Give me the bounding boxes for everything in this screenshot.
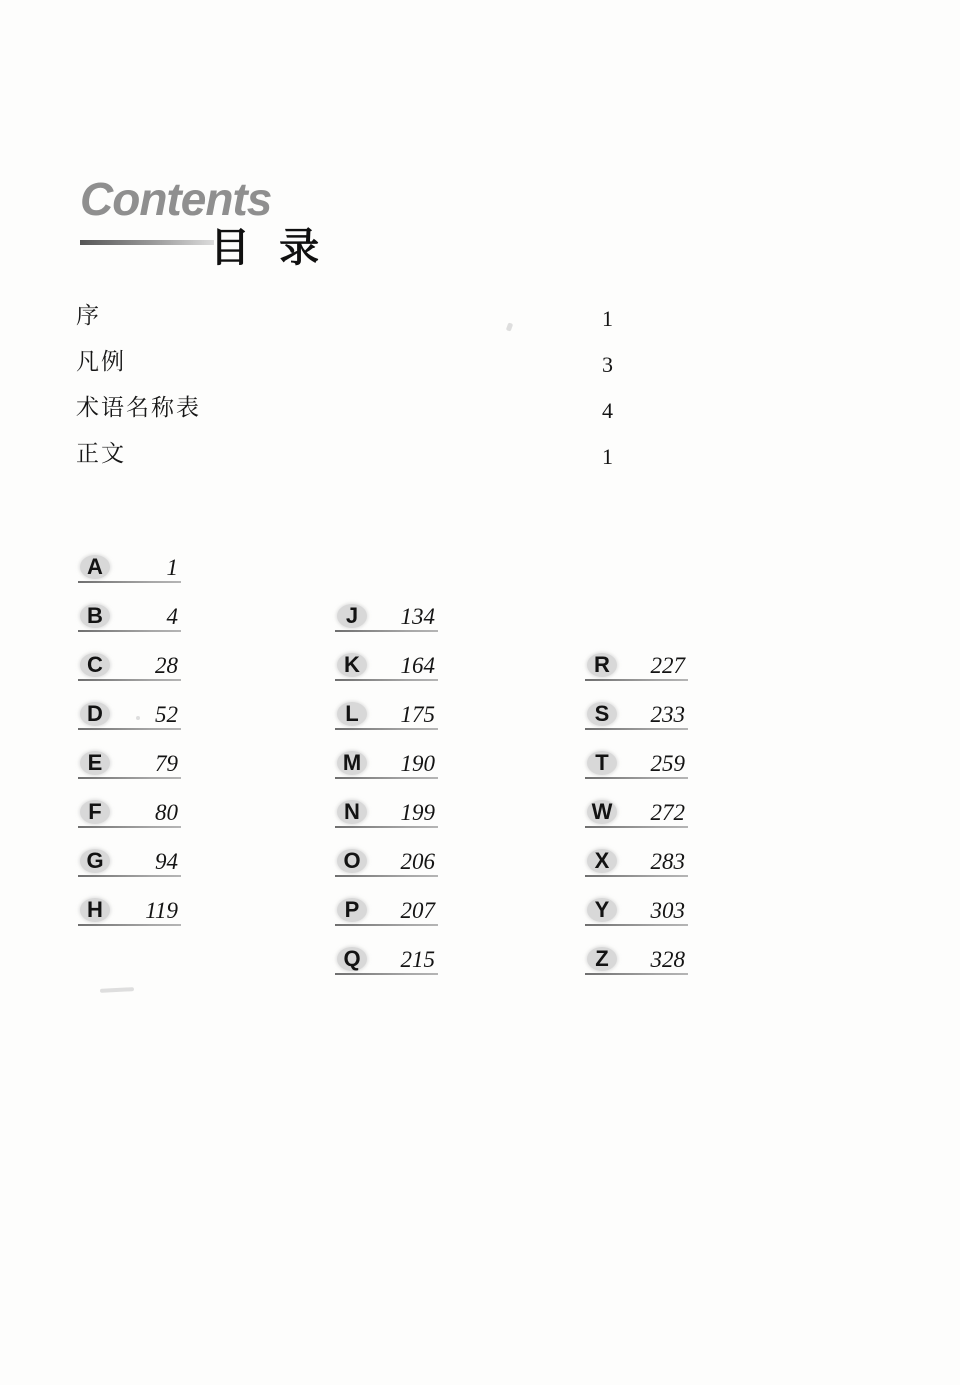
- entry-page-number: 283: [651, 849, 686, 875]
- entry-underline: [78, 777, 181, 779]
- entry-underline: [585, 875, 688, 877]
- entry-underline: [335, 777, 438, 779]
- scan-artifact: [136, 716, 140, 720]
- entry-page-number: 272: [651, 800, 686, 826]
- entry-underline: [78, 728, 181, 730]
- entry-underline: [78, 924, 181, 926]
- letter-badge: S: [587, 702, 617, 726]
- entry-page-number: 328: [651, 947, 686, 973]
- entry-page-number: 4: [167, 604, 179, 630]
- entry-underline: [335, 875, 438, 877]
- entry-underline: [78, 679, 181, 681]
- front-matter-label: 凡例: [76, 343, 126, 376]
- entry-page-number: 134: [401, 604, 436, 630]
- index-entry-Y: Y 303: [585, 895, 688, 926]
- index-entry-Q: Q 215: [335, 944, 438, 975]
- entry-underline: [585, 679, 688, 681]
- front-matter-page-number: 3: [602, 352, 613, 378]
- entry-underline: [335, 924, 438, 926]
- index-entry-J: J 134: [335, 601, 438, 632]
- entry-underline: [78, 826, 181, 828]
- letter-badge: K: [337, 653, 367, 677]
- front-matter-label: 正文: [76, 435, 126, 468]
- index-entry-D: D 52: [78, 699, 181, 730]
- entry-page-number: 119: [145, 898, 178, 924]
- letter-badge: Q: [337, 947, 367, 971]
- letter-badge: G: [80, 849, 110, 873]
- scan-artifact: [100, 987, 134, 993]
- letter-badge: H: [80, 898, 110, 922]
- entry-underline: [78, 581, 181, 583]
- letter-badge: X: [587, 849, 617, 873]
- letter-badge: O: [337, 849, 367, 873]
- index-entry-B: B 4: [78, 601, 181, 632]
- entry-page-number: 1: [167, 555, 179, 581]
- front-matter-row: 正文 1: [76, 435, 613, 468]
- front-matter-label: 术语名称表: [76, 389, 201, 422]
- front-matter-page-number: 1: [602, 306, 613, 332]
- letter-badge: Y: [587, 898, 617, 922]
- entry-page-number: 199: [401, 800, 436, 826]
- index-entry-A: A 1: [78, 552, 181, 583]
- scan-artifact: [506, 322, 513, 331]
- index-entry-R: R 227: [585, 650, 688, 681]
- page-title-chinese: 目 录: [210, 216, 328, 273]
- front-matter-page-number: 1: [602, 444, 613, 470]
- index-column-1: A 1 B 4 C 28 D 52 E 79 F 80: [78, 552, 181, 944]
- index-entry-F: F 80: [78, 797, 181, 828]
- letter-badge: E: [80, 751, 110, 775]
- entry-page-number: 233: [651, 702, 686, 728]
- front-matter-row: 凡例 3: [76, 343, 613, 376]
- letter-badge: R: [587, 653, 617, 677]
- letter-badge: W: [587, 800, 617, 824]
- index-entry-E: E 79: [78, 748, 181, 779]
- index-entry-M: M 190: [335, 748, 438, 779]
- index-entry-H: H 119: [78, 895, 181, 926]
- front-matter-label: 序: [76, 297, 101, 330]
- letter-badge: D: [80, 702, 110, 726]
- index-entry-G: G 94: [78, 846, 181, 877]
- index-entry-W: W 272: [585, 797, 688, 828]
- entry-page-number: 79: [155, 751, 178, 777]
- letter-badge: N: [337, 800, 367, 824]
- title-underline-bar: [80, 240, 214, 245]
- letter-badge: T: [587, 751, 617, 775]
- entry-page-number: 227: [651, 653, 686, 679]
- index-entry-K: K 164: [335, 650, 438, 681]
- index-entry-Z: Z 328: [585, 944, 688, 975]
- entry-underline: [335, 679, 438, 681]
- entry-underline: [335, 973, 438, 975]
- entry-page-number: 215: [401, 947, 436, 973]
- entry-underline: [78, 875, 181, 877]
- index-entry-T: T 259: [585, 748, 688, 779]
- index-column-2: J 134 K 164 L 175 M 190 N 199 O 206: [335, 601, 438, 993]
- entry-page-number: 164: [401, 653, 436, 679]
- entry-underline: [585, 924, 688, 926]
- index-entry-O: O 206: [335, 846, 438, 877]
- entry-page-number: 190: [401, 751, 436, 777]
- entry-page-number: 28: [155, 653, 178, 679]
- letter-badge: F: [80, 800, 110, 824]
- entry-page-number: 259: [651, 751, 686, 777]
- letter-badge: C: [80, 653, 110, 677]
- front-matter-row: 序 1: [76, 297, 613, 330]
- entry-page-number: 206: [401, 849, 436, 875]
- scanned-contents-page: Contents 目 录 序 1 凡例 3 术语名称表 4 正文 1 A 1 B…: [0, 0, 960, 1385]
- index-entry-X: X 283: [585, 846, 688, 877]
- entry-page-number: 94: [155, 849, 178, 875]
- entry-page-number: 175: [401, 702, 436, 728]
- letter-badge: A: [80, 555, 110, 579]
- entry-underline: [78, 630, 181, 632]
- entry-page-number: 52: [155, 702, 178, 728]
- index-column-3: R 227 S 233 T 259 W 272 X 283 Y 303: [585, 650, 688, 993]
- entry-page-number: 80: [155, 800, 178, 826]
- entry-page-number: 303: [651, 898, 686, 924]
- entry-page-number: 207: [401, 898, 436, 924]
- entry-underline: [335, 826, 438, 828]
- front-matter-page-number: 4: [602, 398, 613, 424]
- entry-underline: [585, 973, 688, 975]
- letter-badge: B: [80, 604, 110, 628]
- index-entry-C: C 28: [78, 650, 181, 681]
- entry-underline: [585, 728, 688, 730]
- letter-badge: M: [337, 751, 367, 775]
- entry-underline: [335, 630, 438, 632]
- entry-underline: [335, 728, 438, 730]
- index-entry-L: L 175: [335, 699, 438, 730]
- letter-badge: L: [337, 702, 367, 726]
- front-matter-row: 术语名称表 4: [76, 389, 613, 422]
- entry-underline: [585, 777, 688, 779]
- index-entry-S: S 233: [585, 699, 688, 730]
- letter-badge: Z: [587, 947, 617, 971]
- index-entry-P: P 207: [335, 895, 438, 926]
- letter-badge: P: [337, 898, 367, 922]
- letter-badge: J: [337, 604, 367, 628]
- entry-underline: [585, 826, 688, 828]
- index-entry-N: N 199: [335, 797, 438, 828]
